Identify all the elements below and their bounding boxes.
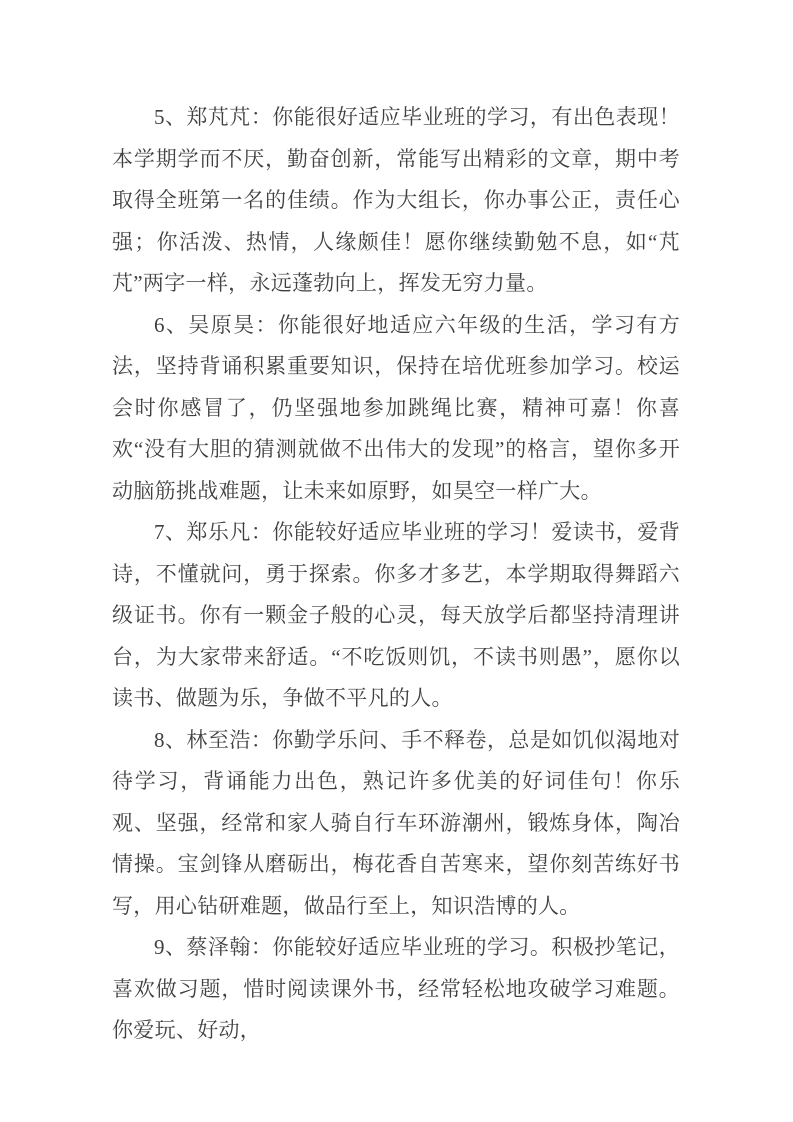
document-page: 5、郑芃芃：你能很好适应毕业班的学习，有出色表现！本学期学而不厌，勤奋创新，常能…	[0, 0, 793, 1122]
student-comment-paragraph-5: 5、郑芃芃：你能很好适应毕业班的学习，有出色表现！本学期学而不厌，勤奋创新，常能…	[112, 97, 680, 305]
document-body: 5、郑芃芃：你能很好适应毕业班的学习，有出色表现！本学期学而不厌，勤奋创新，常能…	[112, 97, 680, 1052]
student-comment-paragraph-9: 9、蔡泽翰：你能较好适应毕业班的学习。积极抄笔记，喜欢做习题，惜时阅读课外书，经…	[112, 927, 680, 1052]
student-comment-paragraph-8: 8、林至浩：你勤学乐问、手不释卷，总是如饥似渴地对待学习，背诵能力出色，熟记许多…	[112, 720, 680, 928]
student-comment-paragraph-7: 7、郑乐凡：你能较好适应毕业班的学习！爱读书，爱背诗，不懂就问，勇于探索。你多才…	[112, 512, 680, 720]
student-comment-paragraph-6: 6、吴原昊：你能很好地适应六年级的生活，学习有方法，坚持背诵积累重要知识，保持在…	[112, 305, 680, 513]
